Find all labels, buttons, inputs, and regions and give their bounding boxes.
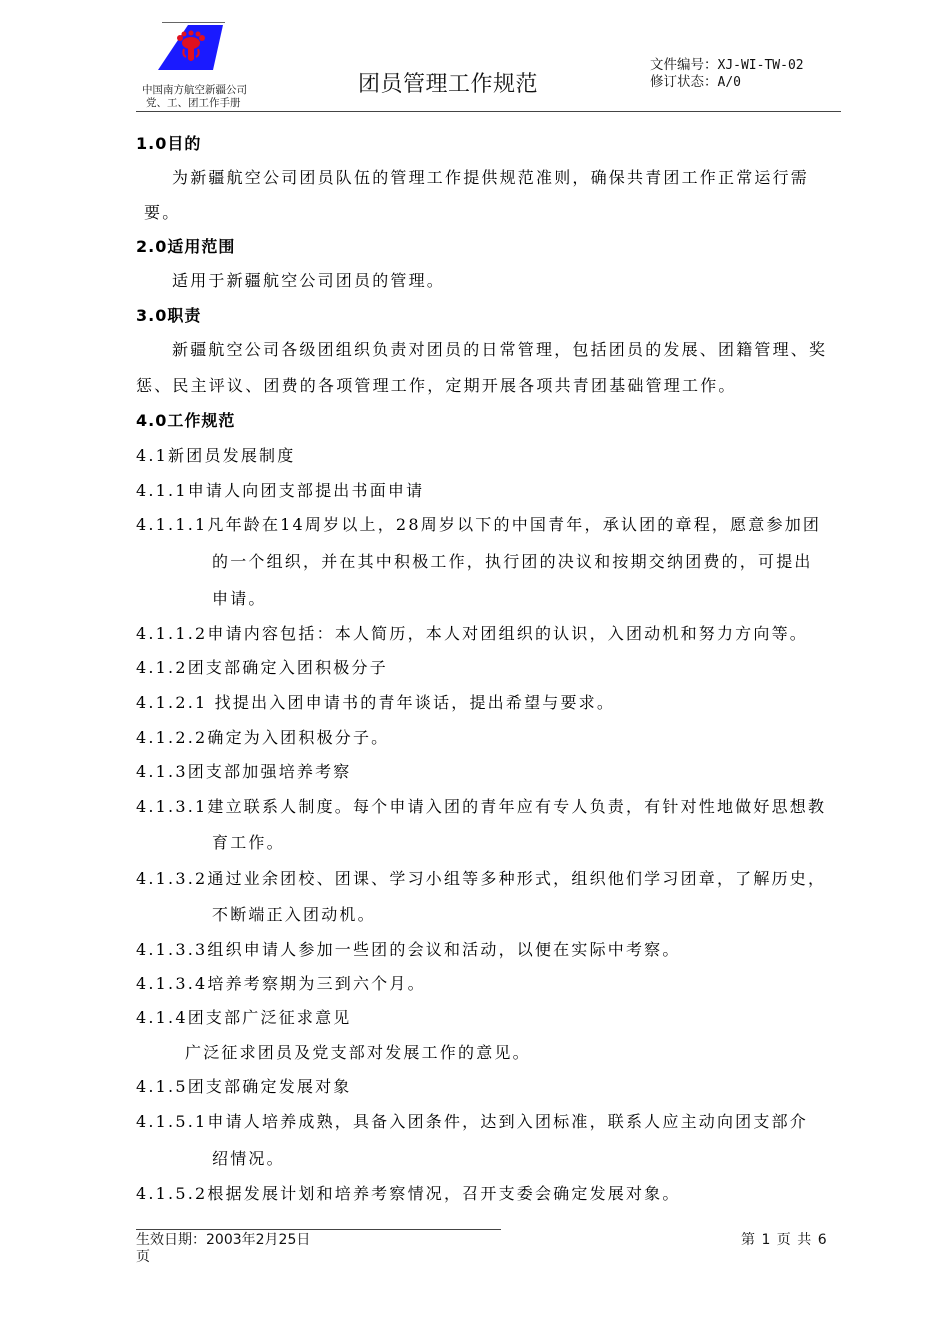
section-heading-2: 2.0适用范围: [136, 237, 235, 257]
doc-number-value: XJ-WI-TW-02: [718, 58, 804, 73]
header-rule: [136, 111, 841, 112]
clause-line: 4.1.5团支部确定发展对象: [136, 1077, 352, 1097]
clause-continuation: 的一个组织，并在其中积极工作，执行团的决议和按期交纳团费的，可提出: [212, 552, 813, 572]
paragraph-line: 广泛征求团员及党支部对发展工作的意见。: [185, 1043, 531, 1063]
paragraph-line: 为新疆航空公司团员队伍的管理工作提供规范准则，确保共青团工作正常运行需: [172, 168, 809, 188]
effective-date: 生效日期：2003年2月25日 页: [136, 1232, 310, 1266]
clause-continuation: 不断端正入团动机。: [212, 905, 376, 925]
paragraph-line: 要。: [144, 203, 180, 223]
footer-rule: [136, 1229, 501, 1230]
clause-line: 4.1.2.2确定为入团积极分子。: [136, 728, 389, 748]
section-heading-4: 4.0工作规范: [136, 411, 235, 431]
document-title: 团员管理工作规范: [358, 67, 538, 98]
revision-value: A/0: [718, 75, 741, 90]
clause-line: 4.1.2.1 找提出入团申请书的青年谈话，提出希望与要求。: [136, 693, 615, 713]
clause-line: 4.1.3团支部加强培养考察: [136, 762, 352, 782]
document-meta: 文件编号：XJ-WI-TW-02 修订状态：A/0: [650, 57, 804, 91]
clause-line: 4.1.4团支部广泛征求意见: [136, 1008, 352, 1028]
paragraph-line: 适用于新疆航空公司团员的管理。: [172, 271, 445, 291]
company-line-1: 中国南方航空新疆公司: [142, 84, 247, 97]
doc-number-row: 文件编号：XJ-WI-TW-02: [650, 57, 804, 74]
paragraph-line: 惩、民主评议、团费的各项管理工作，定期开展各项共青团基础管理工作。: [136, 376, 737, 396]
effective-date-text: 生效日期：2003年2月25日: [136, 1232, 310, 1249]
company-name: 中国南方航空新疆公司 党、工、团工作手册: [142, 84, 247, 110]
clause-line: 4.1.3.1建立联系人制度。每个申请入团的青年应有专人负责，有针对性地做好思想…: [136, 797, 826, 817]
clause-line: 4.1.3.2通过业余团校、团课、学习小组等多种形式，组织他们学习团章，了解历史…: [136, 869, 826, 889]
paragraph-line: 新疆航空公司各级团组织负责对团员的日常管理，包括团员的发展、团籍管理、奖: [172, 340, 827, 360]
clause-line: 4.1.3.3组织申请人参加一些团的会议和活动，以便在实际中考察。: [136, 940, 681, 960]
revision-row: 修订状态：A/0: [650, 74, 804, 91]
clause-line: 4.1.1.1凡年龄在14周岁以上，28周岁以下的中国青年，承认团的章程，愿意参…: [136, 515, 821, 535]
clause-continuation: 绍情况。: [212, 1149, 285, 1169]
page-info: 第 1 页 共 6: [741, 1232, 828, 1249]
clause-line: 4.1.5.1申请人培养成熟，具备入团条件，达到入团标准，联系人应主动向团支部介: [136, 1112, 808, 1132]
doc-number-label: 文件编号：: [650, 57, 718, 73]
clause-continuation: 育工作。: [212, 833, 285, 853]
clause-line: 4.1.1申请人向团支部提出书面申请: [136, 481, 424, 501]
clause-line: 4.1.1.2申请内容包括：本人简历，本人对团组织的认识，入团动机和努力方向等。: [136, 624, 808, 644]
section-heading-3: 3.0职责: [136, 306, 201, 326]
clause-line: 4.1.3.4培养考察期为三到六个月。: [136, 974, 426, 994]
airline-logo-icon: [158, 25, 226, 71]
clause-line: 4.1新团员发展制度: [136, 446, 295, 466]
company-line-2: 党、工、团工作手册: [142, 97, 247, 110]
revision-label: 修订状态：: [650, 74, 718, 90]
page-info-wrap: 页: [136, 1249, 310, 1266]
section-heading-1: 1.0目的: [136, 134, 201, 154]
logo-top-rule: [162, 22, 225, 23]
clause-line: 4.1.5.2根据发展计划和培养考察情况，召开支委会确定发展对象。: [136, 1184, 681, 1204]
clause-line: 4.1.2团支部确定入团积极分子: [136, 658, 388, 678]
clause-continuation: 申请。: [212, 589, 267, 609]
